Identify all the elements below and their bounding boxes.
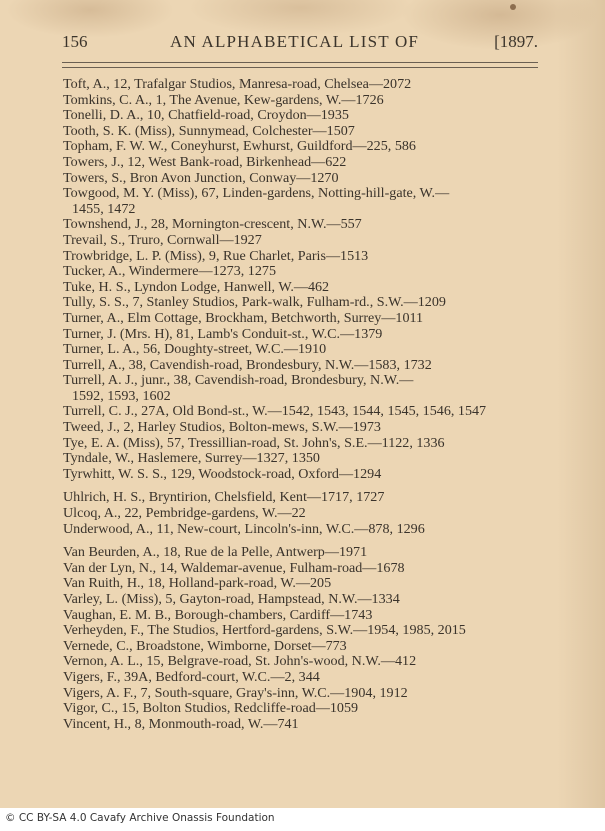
- list-item: Turner, A., Elm Cottage, Brockham, Betch…: [63, 311, 553, 327]
- list-item: Townshend, J., 28, Mornington-crescent, …: [63, 217, 553, 233]
- list-item: Vigor, C., 15, Bolton Studios, Redcliffe…: [63, 701, 553, 717]
- entry-text: Vernede, C., Broadstone, Wimborne, Dorse…: [63, 638, 347, 654]
- entry-text: Turrell, C. J., 27A, Old Bond-st., W.—15…: [63, 403, 486, 419]
- list-item: Tooth, S. K. (Miss), Sunnymead, Colchest…: [63, 124, 553, 140]
- entry-text: Uhlrich, H. S., Bryntirion, Chelsfield, …: [63, 489, 384, 505]
- list-item: Van Beurden, A., 18, Rue de la Pelle, An…: [63, 545, 553, 561]
- list-item: Tomkins, C. A., 1, The Avenue, Kew-garde…: [63, 93, 553, 109]
- list-item: Uhlrich, H. S., Bryntirion, Chelsfield, …: [63, 490, 553, 506]
- entry-text: Tomkins, C. A., 1, The Avenue, Kew-garde…: [63, 92, 384, 108]
- list-item: Turner, J. (Mrs. H), 81, Lamb's Conduit-…: [63, 327, 553, 343]
- list-item: Turner, L. A., 56, Doughty-street, W.C.—…: [63, 342, 553, 358]
- entry-text: Topham, F. W. W., Coneyhurst, Ewhurst, G…: [63, 138, 416, 154]
- entry-text: Trevail, S., Truro, Cornwall—1927: [63, 232, 262, 248]
- entry-text: Towers, S., Bron Avon Junction, Conway—1…: [63, 170, 339, 186]
- list-item: Underwood, A., 11, New-court, Lincoln's-…: [63, 522, 553, 538]
- section-v: Van Beurden, A., 18, Rue de la Pelle, An…: [63, 545, 553, 732]
- entry-text: Tonelli, D. A., 10, Chatfield-road, Croy…: [63, 107, 349, 123]
- list-item: Vincent, H., 8, Monmouth-road, W.—741: [63, 717, 553, 733]
- entry-text: Trowbridge, L. P. (Miss), 9, Rue Charlet…: [63, 248, 368, 264]
- entry-text: Tuke, H. S., Lyndon Lodge, Hanwell, W.—4…: [63, 279, 329, 295]
- year-marker: [1897.: [494, 32, 538, 52]
- list-item: Turrell, C. J., 27A, Old Bond-st., W.—15…: [63, 404, 553, 420]
- entry-text: Underwood, A., 11, New-court, Lincoln's-…: [63, 521, 425, 537]
- list-item: Tucker, A., Windermere—1273, 1275: [63, 264, 553, 280]
- list-item: Tuke, H. S., Lyndon Lodge, Hanwell, W.—4…: [63, 280, 553, 296]
- entry-text: Vigers, A. F., 7, South-square, Gray's-i…: [63, 685, 408, 701]
- entry-text: Tyrwhitt, W. S. S., 129, Woodstock-road,…: [63, 466, 381, 482]
- entry-text: Vincent, H., 8, Monmouth-road, W.—741: [63, 716, 299, 732]
- list-item: Towers, J., 12, West Bank-road, Birkenhe…: [63, 155, 553, 171]
- entry-text: Townshend, J., 28, Mornington-crescent, …: [63, 216, 362, 232]
- running-head: 156 AN ALPHABETICAL LIST OF [1897.: [62, 32, 538, 52]
- entry-text: Vigers, F., 39A, Bedford-court, W.C.—2, …: [63, 669, 320, 685]
- entry-text: Turner, L. A., 56, Doughty-street, W.C.—…: [63, 341, 326, 357]
- entry-text: Towers, J., 12, West Bank-road, Birkenhe…: [63, 154, 346, 170]
- list-item: Towers, S., Bron Avon Junction, Conway—1…: [63, 171, 553, 187]
- list-item: Vernede, C., Broadstone, Wimborne, Dorse…: [63, 639, 553, 655]
- list-item: Tully, S. S., 7, Stanley Studios, Park-w…: [63, 295, 553, 311]
- ink-stain: [510, 4, 516, 10]
- list-item: Turrell, A. J., junr., 38, Cavendish-roa…: [63, 373, 553, 404]
- entry-text: Ulcoq, A., 22, Pembridge-gardens, W.—22: [63, 505, 306, 521]
- list-item: Toft, A., 12, Trafalgar Studios, Manresa…: [63, 77, 553, 93]
- entry-text: Turner, J. (Mrs. H), 81, Lamb's Conduit-…: [63, 326, 382, 342]
- list-item: Vigers, A. F., 7, South-square, Gray's-i…: [63, 686, 553, 702]
- entry-text: Van der Lyn, N., 14, Waldemar-avenue, Fu…: [63, 560, 405, 576]
- entry-text: Turrell, A. J., junr., 38, Cavendish-roa…: [63, 372, 413, 388]
- list-item: Tonelli, D. A., 10, Chatfield-road, Croy…: [63, 108, 553, 124]
- entry-text: Verheyden, F., The Studios, Hertford-gar…: [63, 622, 466, 638]
- list-item: Topham, F. W. W., Coneyhurst, Ewhurst, G…: [63, 139, 553, 155]
- section-t: Toft, A., 12, Trafalgar Studios, Manresa…: [63, 77, 553, 482]
- entry-text: Tweed, J., 2, Harley Studios, Bolton-mew…: [63, 419, 381, 435]
- entry-text: Vaughan, E. M. B., Borough-chambers, Car…: [63, 607, 372, 623]
- list-item: Van Ruith, H., 18, Holland-park-road, W.…: [63, 576, 553, 592]
- list-item: Varley, L. (Miss), 5, Gayton-road, Hamps…: [63, 592, 553, 608]
- list-item: Verheyden, F., The Studios, Hertford-gar…: [63, 623, 553, 639]
- scanned-page: 156 AN ALPHABETICAL LIST OF [1897. Toft,…: [0, 0, 605, 808]
- list-item: Vernon, A. L., 15, Belgrave-road, St. Jo…: [63, 654, 553, 670]
- entry-text: Towgood, M. Y. (Miss), 67, Linden-garden…: [63, 185, 449, 201]
- entry-text: Van Beurden, A., 18, Rue de la Pelle, An…: [63, 544, 367, 560]
- list-item: Tyndale, W., Haslemere, Surrey—1327, 135…: [63, 451, 553, 467]
- list-item: Vigers, F., 39A, Bedford-court, W.C.—2, …: [63, 670, 553, 686]
- entry-text: Vernon, A. L., 15, Belgrave-road, St. Jo…: [63, 653, 416, 669]
- list-item: Towgood, M. Y. (Miss), 67, Linden-garden…: [63, 186, 553, 217]
- entry-text: Tyndale, W., Haslemere, Surrey—1327, 135…: [63, 450, 320, 466]
- list-item: Tyrwhitt, W. S. S., 129, Woodstock-road,…: [63, 467, 553, 483]
- entry-text: Toft, A., 12, Trafalgar Studios, Manresa…: [63, 76, 411, 92]
- entry-text: Vigor, C., 15, Bolton Studios, Redcliffe…: [63, 700, 358, 716]
- copyright-credit: © CC BY-SA 4.0 Cavafy Archive Onassis Fo…: [5, 812, 275, 824]
- list-item: Trowbridge, L. P. (Miss), 9, Rue Charlet…: [63, 249, 553, 265]
- entry-text: Turner, A., Elm Cottage, Brockham, Betch…: [63, 310, 423, 326]
- list-item: Vaughan, E. M. B., Borough-chambers, Car…: [63, 608, 553, 624]
- entry-text: Tooth, S. K. (Miss), Sunnymead, Colchest…: [63, 123, 355, 139]
- entry-text: Van Ruith, H., 18, Holland-park-road, W.…: [63, 575, 331, 591]
- entry-continuation: 1592, 1593, 1602: [63, 389, 553, 405]
- entry-continuation: 1455, 1472: [63, 202, 553, 218]
- page-title: AN ALPHABETICAL LIST OF: [170, 32, 419, 52]
- directory-list: Toft, A., 12, Trafalgar Studios, Manresa…: [63, 77, 553, 732]
- list-item: Van der Lyn, N., 14, Waldemar-avenue, Fu…: [63, 561, 553, 577]
- list-item: Turrell, A., 38, Cavendish-road, Brondes…: [63, 358, 553, 374]
- entry-text: Tye, E. A. (Miss), 57, Tressillian-road,…: [63, 435, 445, 451]
- section-u: Uhlrich, H. S., Bryntirion, Chelsfield, …: [63, 490, 553, 537]
- entry-text: Tucker, A., Windermere—1273, 1275: [63, 263, 276, 279]
- page-number: 156: [62, 32, 88, 52]
- list-item: Ulcoq, A., 22, Pembridge-gardens, W.—22: [63, 506, 553, 522]
- entry-text: Tully, S. S., 7, Stanley Studios, Park-w…: [63, 294, 446, 310]
- list-item: Tye, E. A. (Miss), 57, Tressillian-road,…: [63, 436, 553, 452]
- double-rule-divider: [62, 62, 538, 68]
- list-item: Trevail, S., Truro, Cornwall—1927: [63, 233, 553, 249]
- entry-text: Varley, L. (Miss), 5, Gayton-road, Hamps…: [63, 591, 400, 607]
- entry-text: Turrell, A., 38, Cavendish-road, Brondes…: [63, 357, 432, 373]
- list-item: Tweed, J., 2, Harley Studios, Bolton-mew…: [63, 420, 553, 436]
